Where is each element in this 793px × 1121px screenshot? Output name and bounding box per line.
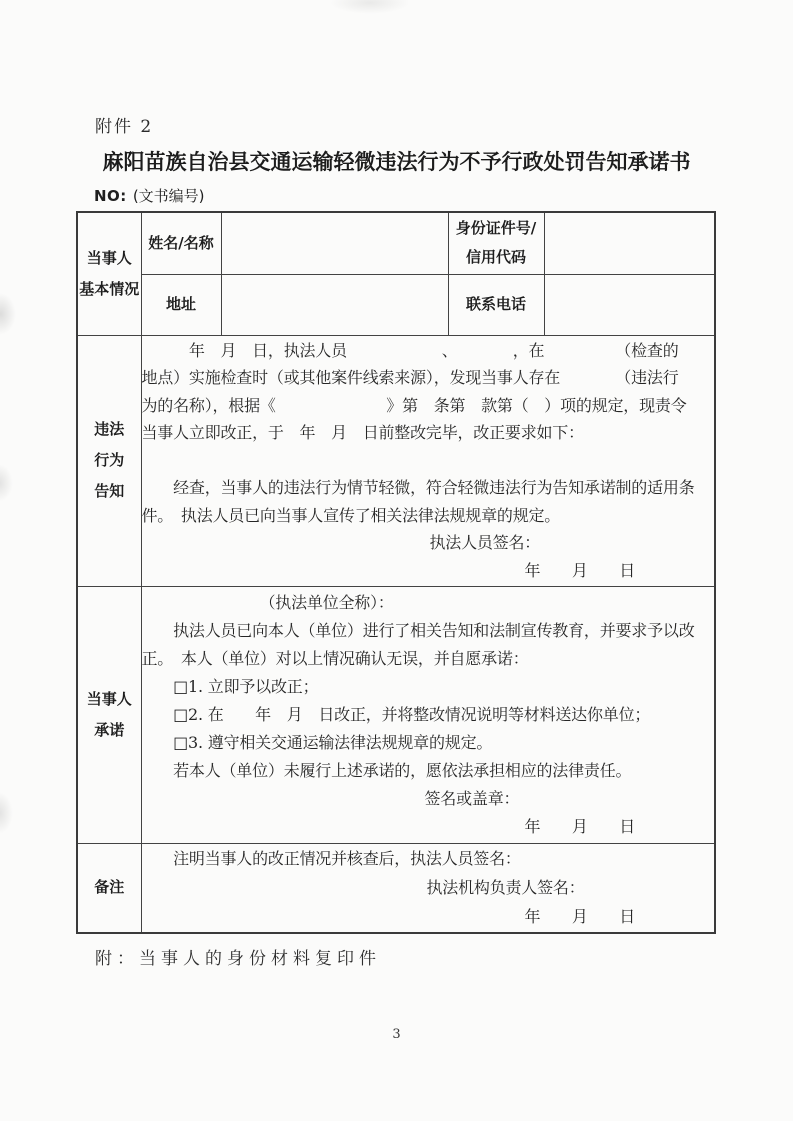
id-value-cell	[544, 212, 715, 274]
date-blank-line: 年 月 日	[525, 557, 715, 585]
violation-notice-row: 违法 行为 告知 年 月 日，执法人员 、 ，在 （检查的 地点）实施检查时（或…	[77, 335, 715, 586]
violation-notice-text-line: 地点）实施检查时（或其他案件线索来源），发现当事人存在 （违法行	[142, 364, 715, 392]
violation-notice-text-line: 当事人立即改正，于 年 月 日前整改完毕，改正要求如下：	[142, 419, 715, 447]
checkbox-option-1: □1. 立即予以改正；	[142, 673, 715, 701]
violation-notice-row-header: 违法 行为 告知	[77, 335, 141, 586]
address-label: 地址	[142, 290, 221, 319]
id-label-line: 信用代码	[449, 243, 544, 272]
remarks-row: 备注 注明当事人的改正情况并核查后，执法人员签名： 执法机构负责人签名： 年 月…	[77, 843, 715, 933]
attachment-note: 附：当事人的身份材料复印件	[95, 944, 381, 969]
commitment-form-table: 当事人 基本情况 姓名/名称 身份证件号/ 信用代码 地址 联系电话 违法 行为…	[76, 211, 716, 934]
remarks-content-cell: 注明当事人的改正情况并核查后，执法人员签名： 执法机构负责人签名： 年 月 日	[141, 843, 715, 933]
name-label: 姓名/名称	[142, 229, 221, 258]
violation-notice-text-line: 年 月 日，执法人员 、 ，在 （检查的	[142, 337, 715, 365]
basic-info-row-header-line: 基本情况	[78, 274, 141, 305]
commitment-row-header-line: 承诺	[78, 715, 141, 746]
remarks-row-header: 备注	[77, 843, 141, 933]
violation-notice-row-header-line: 违法	[78, 414, 141, 445]
attachment-label: 附件 2	[95, 112, 153, 137]
violation-notice-row-header-line: 行为	[78, 445, 141, 476]
remarks-row-header-line: 备注	[78, 872, 141, 903]
commitment-row-header: 当事人 承诺	[77, 586, 141, 843]
violation-notice-text-line: 为的名称），根据《 》第 条第 款第（ ）项的规定，现责令	[142, 392, 715, 420]
liability-text-line: 若本人（单位）未履行上述承诺的，愿依法承担相应的法律责任。	[142, 757, 715, 785]
checkbox-option-3: □3. 遵守相关交通运输法律法规规章的规定。	[142, 729, 715, 757]
violation-notice-content-cell: 年 月 日，执法人员 、 ，在 （检查的 地点）实施检查时（或其他案件线索来源）…	[141, 335, 715, 586]
name-value-cell	[221, 212, 448, 274]
violation-notice-text-line: 件。 执法人员已向当事人宣传了相关法律法规规章的规定。	[142, 502, 715, 530]
phone-label: 联系电话	[449, 290, 544, 319]
basic-info-row-header-line: 当事人	[78, 243, 141, 274]
date-blank-line: 年 月 日	[525, 902, 715, 931]
commitment-content-cell: （执法单位全称）： 执法人员已向本人（单位）进行了相关告知和法制宣传教育，并要求…	[141, 586, 715, 843]
commitment-text-line: 执法人员已向本人（单位）进行了相关告知和法制宣传教育，并要求予以改	[142, 617, 715, 645]
scan-smudge	[0, 464, 13, 502]
date-blank-line: 年 月 日	[525, 813, 715, 841]
phone-value-cell	[544, 274, 715, 335]
scan-smudge	[0, 293, 16, 335]
address-value-cell	[221, 274, 448, 335]
party-signature-label: 签名或盖章：	[425, 785, 715, 813]
id-label-line: 身份证件号/	[449, 214, 544, 243]
document-number-line: NO:(文书编号)	[94, 185, 205, 206]
enforcement-unit-blank-line: （执法单位全称）：	[260, 589, 715, 617]
violation-notice-row-header-line: 告知	[78, 476, 141, 507]
enforcer-signature-label: 执法人员签名：	[430, 529, 715, 557]
remarks-text-line: 注明当事人的改正情况并核查后，执法人员签名：	[142, 844, 715, 873]
commitment-text-line: 正。 本人（单位）对以上情况确认无误，并自愿承诺：	[142, 645, 715, 673]
violation-notice-text-line: 经查，当事人的违法行为情节轻微，符合轻微违法行为告知承诺制的适用条	[142, 474, 715, 502]
checkbox-option-2: □2. 在 年 月 日改正，并将整改情况说明等材料送达你单位；	[142, 701, 715, 729]
id-label-cell: 身份证件号/ 信用代码	[448, 212, 544, 274]
scan-smudge	[0, 792, 13, 834]
blank-line	[142, 447, 715, 475]
document-number-hint: (文书编号)	[133, 187, 205, 205]
address-label-cell: 地址	[141, 274, 221, 335]
agency-head-signature-label: 执法机构负责人签名：	[427, 873, 715, 902]
basic-info-row-1: 当事人 基本情况 姓名/名称 身份证件号/ 信用代码	[77, 212, 715, 274]
page-number: 3	[0, 1027, 793, 1042]
basic-info-row-2: 地址 联系电话	[77, 274, 715, 335]
name-label-cell: 姓名/名称	[141, 212, 221, 274]
document-title: 麻阳苗族自治县交通运输轻微违法行为不予行政处罚告知承诺书	[0, 146, 793, 176]
commitment-row: 当事人 承诺 （执法单位全称）： 执法人员已向本人（单位）进行了相关告知和法制宣…	[77, 586, 715, 843]
phone-label-cell: 联系电话	[448, 274, 544, 335]
basic-info-row-header: 当事人 基本情况	[77, 212, 141, 335]
commitment-row-header-line: 当事人	[78, 684, 141, 715]
scan-smudge	[330, 0, 410, 14]
document-number-prefix: NO:	[94, 187, 127, 205]
